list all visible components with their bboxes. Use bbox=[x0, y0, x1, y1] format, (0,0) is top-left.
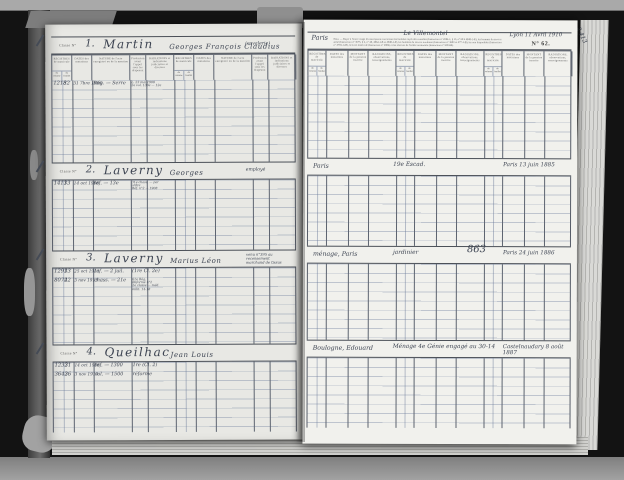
entry-rows-band: 12183231 7bre 1908Rég. — SerreL. 23 mai … bbox=[51, 79, 295, 162]
entry-rows-band bbox=[307, 176, 571, 247]
section-header-strip: Classe N°4.QueilhacJean Louis bbox=[52, 343, 296, 362]
column-rule bbox=[395, 358, 396, 428]
column-header-label: RADIATIONS, observations, renseignements bbox=[544, 51, 571, 62]
column-header-label: DATES des mutations bbox=[326, 51, 347, 59]
entry-rows-band bbox=[307, 264, 571, 341]
column-rule bbox=[368, 76, 369, 158]
column-rule bbox=[317, 176, 318, 246]
column-rule bbox=[93, 180, 94, 250]
column-rule bbox=[175, 180, 176, 250]
column-rule bbox=[414, 264, 415, 340]
column-rule bbox=[367, 358, 368, 428]
column-subheader-label: du volume bbox=[52, 71, 62, 80]
given-names-handwritten: Georges bbox=[170, 169, 204, 177]
column-header-band: REGISTRES de matriculedu volumedu feuill… bbox=[307, 50, 571, 77]
column-subheader-label: du feuillet bbox=[317, 67, 325, 76]
classe-label: Classe N° bbox=[59, 43, 76, 47]
column-rule bbox=[502, 76, 503, 158]
column-subheader-label: du volume bbox=[484, 67, 493, 76]
column-header: REGISTRES de matriculedu volumedu feuill… bbox=[174, 55, 194, 80]
column-header-label: RADIATIONS, observations, renseignements bbox=[368, 51, 395, 62]
column-rule bbox=[186, 362, 187, 432]
column-rule bbox=[524, 176, 525, 246]
column-rule bbox=[523, 358, 524, 428]
column-header: RADIATIONS et indications judiciaires et… bbox=[268, 54, 296, 79]
column-header: DATES des mutations bbox=[414, 51, 436, 76]
column-subheader-label: du feuillet bbox=[62, 71, 71, 80]
column-rule bbox=[269, 180, 270, 250]
column-rule bbox=[414, 76, 415, 158]
column-rule bbox=[396, 76, 397, 158]
column-rule bbox=[544, 76, 545, 158]
given-names-handwritten: Jean Louis bbox=[171, 351, 214, 359]
entry-rows-band bbox=[306, 358, 570, 429]
register-cell: 61e Rég. Réformé n°2 2e classe — méd. mi… bbox=[132, 278, 162, 291]
column-rule bbox=[63, 180, 64, 250]
column-rule bbox=[502, 176, 503, 246]
column-header-label: REGISTRES de matricule bbox=[396, 51, 413, 62]
column-rule bbox=[270, 362, 271, 432]
given-names-handwritten: Marius Léon bbox=[170, 257, 221, 265]
column-rule bbox=[325, 358, 326, 428]
column-rule bbox=[483, 358, 484, 428]
register-cell: 1re (Cl. 2) bbox=[133, 363, 163, 368]
column-rule bbox=[413, 358, 414, 428]
column-rule bbox=[396, 176, 397, 246]
column-subheader: du volumedu feuillet bbox=[484, 66, 501, 76]
section-number-handwritten: 3. bbox=[86, 252, 96, 263]
scanner-frame-top bbox=[0, 0, 624, 11]
column-subheader: du volumedu feuillet bbox=[52, 70, 71, 80]
column-rule bbox=[215, 180, 216, 250]
register-cell: L. 23 mai 1908 2e vol. 138e — 12e bbox=[131, 81, 161, 88]
column-rule bbox=[455, 358, 456, 428]
column-subheader-label: du feuillet bbox=[184, 71, 193, 80]
column-header-label: MONTANT de la pension inscrite bbox=[348, 51, 367, 62]
column-rule bbox=[348, 76, 349, 158]
column-header-label: NATURE de l'acte enregistré ou de la men… bbox=[214, 55, 251, 63]
residence-handwritten: Paris bbox=[313, 163, 329, 170]
column-rule bbox=[484, 176, 485, 246]
inserted-handwritten: Le Villemontel bbox=[404, 30, 448, 37]
column-rule bbox=[184, 80, 185, 162]
column-header: REGISTRES de matriculedu volumedu feuill… bbox=[52, 55, 72, 80]
surname-handwritten: Laverny bbox=[104, 251, 164, 265]
column-subheader-label: du feuillet bbox=[493, 67, 501, 76]
column-rule bbox=[215, 268, 216, 344]
column-header-label: REGISTRES de matricule bbox=[174, 55, 193, 63]
residence-handwritten: Boulogne, Edouard bbox=[313, 345, 373, 352]
column-rule bbox=[493, 264, 494, 340]
column-rule bbox=[147, 180, 148, 250]
column-rule bbox=[544, 264, 545, 340]
nota-fine-print: Nota. — Rayer à l'encre rouge les inscri… bbox=[333, 38, 501, 47]
column-rule bbox=[404, 358, 405, 428]
surname-handwritten: Martin bbox=[103, 37, 154, 51]
column-rule bbox=[524, 76, 525, 158]
column-header-label: REGISTRES de matricule bbox=[308, 51, 325, 62]
column-subheader: du volumedu feuillet bbox=[396, 66, 413, 76]
column-header-label: RADIATIONS et indications judiciaires et… bbox=[268, 54, 295, 68]
column-header-label: Profession avant l'appel sous les drapea… bbox=[130, 55, 145, 73]
column-header: NATURE de l'acte enregistré ou de la men… bbox=[92, 55, 130, 80]
column-subheader-label: du volume bbox=[308, 67, 317, 76]
column-rule bbox=[146, 80, 147, 162]
column-header: RADIATIONS, observations, renseignements bbox=[456, 51, 484, 76]
column-rule bbox=[405, 76, 406, 158]
column-header: Profession avant l'appel sous les drapea… bbox=[252, 55, 268, 80]
spine-shadow bbox=[296, 22, 305, 442]
section-number-handwritten: 1. bbox=[85, 38, 95, 49]
column-rule bbox=[524, 264, 525, 340]
classe-label: Classe N° bbox=[60, 169, 77, 173]
column-subheader: du volumedu feuillet bbox=[308, 66, 325, 76]
column-rule bbox=[131, 180, 132, 250]
column-rule bbox=[501, 358, 502, 428]
column-rule bbox=[348, 264, 349, 340]
column-header-label: Profession avant l'appel sous les drapea… bbox=[252, 55, 267, 73]
column-rule bbox=[543, 358, 544, 428]
column-rule bbox=[436, 176, 437, 246]
column-header-label: MONTANT de la pension inscrite bbox=[524, 51, 543, 62]
column-header: MONTANT de la pension inscrite bbox=[348, 51, 368, 76]
column-rule bbox=[414, 176, 415, 246]
column-rule bbox=[317, 264, 318, 340]
column-rule bbox=[326, 76, 327, 158]
section-header-strip: Paris19e Escad.Paris 13 juin 1885 bbox=[307, 158, 571, 177]
column-header: RADIATIONS, observations, renseignements bbox=[368, 51, 396, 76]
stamp-date-handwritten: Lyon 11 Avril 1910 bbox=[510, 32, 563, 38]
column-header-label: DATES des mutations bbox=[72, 55, 91, 63]
form-number: N° 62. bbox=[531, 41, 550, 47]
column-rule bbox=[368, 176, 369, 246]
entry-rows-band: 12323114 oct 1908Inf. — 13001re (Cl. 2)3… bbox=[53, 361, 297, 432]
column-rule bbox=[492, 358, 493, 428]
column-rule bbox=[436, 76, 437, 158]
column-rule bbox=[405, 264, 406, 340]
column-header-label: DATES des mutations bbox=[502, 51, 523, 59]
column-header: DATES des mutations bbox=[502, 51, 524, 76]
section-header-strip: Classe N°2.LavernyGeorgesemployé bbox=[52, 161, 296, 180]
classe-label: Classe N° bbox=[61, 351, 78, 355]
column-rule bbox=[326, 176, 327, 246]
birth-handwritten: Castelnaudary 8 août 1887 bbox=[503, 344, 571, 356]
column-rule bbox=[185, 180, 186, 250]
column-rule bbox=[456, 76, 457, 158]
place-handwritten: Paris bbox=[311, 34, 328, 42]
column-header: NATURE de l'acte enregistré ou de la men… bbox=[214, 55, 252, 80]
column-rule bbox=[176, 362, 177, 432]
column-header: REGISTRES de matriculedu volumedu feuill… bbox=[484, 51, 502, 76]
corps-handwritten: jardinier bbox=[393, 250, 418, 256]
column-rule bbox=[175, 268, 176, 344]
number-handwritten: 863 bbox=[467, 244, 486, 255]
column-header: RADIATIONS et indications judiciaires et… bbox=[146, 55, 174, 80]
column-rule bbox=[456, 176, 457, 246]
column-rule bbox=[317, 76, 318, 158]
column-rule bbox=[484, 76, 485, 158]
column-rule bbox=[268, 80, 269, 162]
column-subheader: du volumedu feuillet bbox=[174, 70, 193, 80]
section-note-handwritten: venu n°395 au recensement marchand de ti… bbox=[246, 252, 296, 264]
corps-handwritten: 19e Escad. bbox=[393, 162, 425, 168]
register-right-page: REGISTRES de matriculedu volumedu feuill… bbox=[302, 20, 577, 445]
column-rule bbox=[253, 268, 254, 344]
column-header: Profession avant l'appel sous les drapea… bbox=[130, 55, 146, 80]
column-rule bbox=[174, 80, 175, 162]
column-rule bbox=[316, 358, 317, 428]
register-cell: 31e chass. — par ordre Réf. n°2 — 1908 bbox=[132, 181, 162, 191]
section-note-handwritten: employé bbox=[246, 168, 266, 173]
section-number-handwritten: 4. bbox=[86, 346, 96, 357]
column-rule bbox=[435, 358, 436, 428]
column-rule bbox=[269, 268, 270, 344]
column-subheader-label: du volume bbox=[174, 71, 184, 80]
column-header-label: REGISTRES de matricule bbox=[52, 55, 71, 63]
column-header-label: RADIATIONS et indications judiciaires et… bbox=[146, 55, 173, 69]
register-left-page: REGISTRES de matriculedu volumedu feuill… bbox=[45, 23, 304, 440]
column-header-label: NATURE de l'acte enregistré ou de la men… bbox=[92, 55, 129, 63]
column-rule bbox=[254, 362, 255, 432]
column-rule bbox=[216, 362, 217, 432]
column-rule bbox=[92, 80, 93, 162]
column-rule bbox=[493, 76, 494, 158]
column-rule bbox=[436, 264, 437, 340]
column-rule bbox=[214, 80, 215, 162]
section-header-strip: Boulogne, EdouardMénage 4e Génie engagé … bbox=[307, 340, 571, 359]
column-rule bbox=[484, 264, 485, 340]
column-rule bbox=[73, 180, 74, 250]
column-header-band: REGISTRES de matriculedu volumedu feuill… bbox=[51, 53, 295, 80]
column-rule bbox=[347, 358, 348, 428]
birth-handwritten: Paris 24 juin 1886 bbox=[503, 250, 555, 256]
surname-handwritten: Laverny bbox=[104, 163, 164, 177]
column-rule bbox=[252, 80, 253, 162]
section-header-strip: ménage, Parisjardinier863Paris 24 juin 1… bbox=[307, 246, 571, 265]
section-header-strip: ParisLe VillemontelNota. — Rayer à l'enc… bbox=[307, 32, 571, 51]
cover-wear-patch bbox=[24, 268, 35, 316]
column-header-label: MONTANT de la pension inscrite bbox=[436, 51, 455, 62]
column-header: DATES des mutations bbox=[326, 51, 348, 76]
column-rule bbox=[456, 264, 457, 340]
cover-wear-patch bbox=[30, 150, 38, 180]
scanner-frame-bottom bbox=[0, 457, 624, 480]
column-rule bbox=[72, 80, 73, 162]
column-header: DATES des mutations bbox=[194, 55, 214, 80]
section-note-handwritten: (cavalerie) bbox=[245, 42, 270, 47]
column-rule bbox=[544, 176, 545, 246]
birth-handwritten: Paris 13 juin 1885 bbox=[503, 162, 555, 168]
column-rule bbox=[405, 176, 406, 246]
column-rule bbox=[194, 80, 195, 162]
column-header-label: REGISTRES de matricule bbox=[484, 51, 501, 62]
section-number-handwritten: 2. bbox=[86, 164, 96, 175]
column-rule bbox=[348, 176, 349, 246]
column-subheader-label: du feuillet bbox=[405, 67, 413, 76]
column-header: DATES des mutations bbox=[72, 55, 92, 80]
scanned-register-photo: 2 413 REGISTRES de matriculedu volumedu … bbox=[0, 0, 624, 480]
column-subheader-label: du volume bbox=[396, 67, 405, 76]
surname-handwritten: Queilhac bbox=[104, 345, 170, 359]
register-cell: (1re Cl. 2e) bbox=[132, 269, 162, 274]
column-rule bbox=[326, 264, 327, 340]
column-rule bbox=[130, 80, 131, 162]
column-rule bbox=[185, 268, 186, 344]
column-rule bbox=[396, 264, 397, 340]
corps-handwritten: Ménage 4e Génie engagé au 30-14 bbox=[393, 344, 495, 350]
entry-rows-band bbox=[307, 76, 571, 159]
column-header-label: RADIATIONS, observations, renseignements bbox=[456, 51, 483, 62]
column-header: REGISTRES de matriculedu volumedu feuill… bbox=[308, 51, 326, 76]
column-rule bbox=[62, 80, 63, 162]
residence-handwritten: ménage, Paris bbox=[313, 251, 357, 258]
classe-label: Classe N° bbox=[60, 257, 77, 261]
column-rule bbox=[493, 176, 494, 246]
entry-rows-band: 12913325 oct 1911Inf. — 2 juil.(1re Cl. … bbox=[52, 267, 296, 344]
entry-rows-band: 14113314 oct 1908Inf. — 13e31e chass. — … bbox=[52, 179, 296, 250]
column-rule bbox=[253, 180, 254, 250]
column-rule bbox=[368, 264, 369, 340]
column-rule bbox=[195, 180, 196, 250]
column-header: RADIATIONS, observations, renseignements bbox=[544, 51, 572, 76]
column-header: REGISTRES de matriculedu volumedu feuill… bbox=[396, 51, 414, 76]
column-rule bbox=[195, 268, 196, 344]
column-rule bbox=[196, 362, 197, 432]
column-header-label: DATES des mutations bbox=[194, 55, 213, 63]
register-cell: réforme bbox=[133, 372, 163, 377]
column-header-label: DATES des mutations bbox=[414, 51, 435, 59]
column-header: MONTANT de la pension inscrite bbox=[436, 51, 456, 76]
column-rule bbox=[502, 264, 503, 340]
column-header: MONTANT de la pension inscrite bbox=[524, 51, 544, 76]
section-header-strip: Classe N°1.MartinGeorges François Claudi… bbox=[51, 35, 295, 54]
section-header-strip: Classe N°3.LavernyMarius Léonvenu n°395 … bbox=[52, 249, 296, 268]
